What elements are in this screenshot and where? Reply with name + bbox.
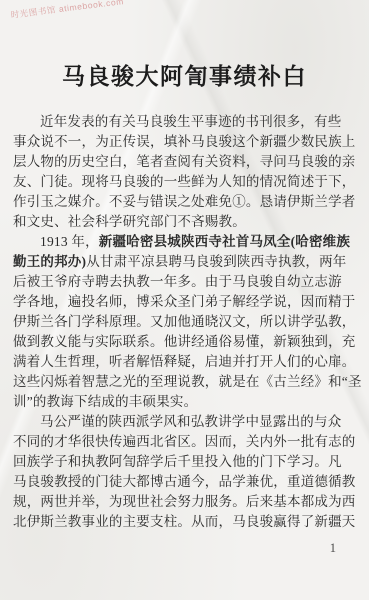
text-line: 学各地，遍投名师，博采众圣门弟子解经学说，因而精于 xyxy=(13,292,365,312)
text-line: 训”的教诲下结成的丰硕果实。 xyxy=(13,392,365,412)
text-line: 回族学子和执教阿訇辞学后千里投入他的门下学习。凡 xyxy=(13,452,365,472)
page-number: 1 xyxy=(330,541,336,555)
text-line: 马良骏教授的门徒大都博古通今，品学兼优，重道德循教 xyxy=(13,472,365,492)
text-line: 层人物的历史空白，笔者查阅有关资料，寻问马良骏的亲 xyxy=(13,152,365,172)
page-title: 马良骏大阿訇事绩补白 xyxy=(0,58,369,91)
text-line: 作引玉之媒介。不妥与错误之处难免①。恳请伊斯兰学者 xyxy=(13,192,365,212)
text-line: 马公严谨的陕西派学风和弘教讲学中显露出的与众 xyxy=(13,412,365,432)
text-line: 事众说不一，为正传误，填补马良骏这个新疆少数民族上 xyxy=(13,132,365,152)
text-line: 北伊斯兰教事业的主要支柱。从而，马良骏赢得了新疆天 xyxy=(13,512,365,532)
text-line: 不同的才华很快传遍西北省区。因而，关内外一批有志的 xyxy=(13,432,365,452)
text-line: 和文史、社会科学研究部门不吝赐教。 xyxy=(13,212,365,232)
text-line: 后被王爷府寺聘去执教一年多。由于马良骏自幼立志游 xyxy=(13,272,365,292)
text-line: 这些闪烁着智慧之光的至理说教，就是在《古兰经》和“圣 xyxy=(13,372,365,392)
text-line: 1913 年，新疆哈密县城陕西寺社首马凤全(哈密维族 xyxy=(13,232,365,252)
text-line: 近年发表的有关马良骏生平事迹的书刊很多，有些 xyxy=(13,112,365,132)
text-line: 做到教义能与实际联系。他讲经通俗易懂，新颖独到，充 xyxy=(13,332,365,352)
scanned-page: 时光图书馆 atimebook.com 马良骏大阿訇事绩补白 近年发表的有关马良… xyxy=(0,0,369,600)
text-line: 勤王的邦办)从甘肃平凉县聘马良骏到陕西寺执教，两年 xyxy=(13,252,365,272)
watermark: 时光图书馆 atimebook.com xyxy=(10,0,125,21)
article-body: 近年发表的有关马良骏生平事迹的书刊很多，有些事众说不一，为正传误，填补马良骏这个… xyxy=(13,112,365,532)
text-line: 伊斯兰各门学科原理。又加他通晓汉文，所以讲学弘教， xyxy=(13,312,365,332)
text-line: 规，两世并举，为现世社会努力服务。后来基本都成为西 xyxy=(13,492,365,512)
text-line: 满着人生哲理，听者解悟释疑，启迪并打开人们的心扉。 xyxy=(13,352,365,372)
text-line: 友、门徒。现将马良骏的一些鲜为人知的情况简述于下， xyxy=(13,172,365,192)
